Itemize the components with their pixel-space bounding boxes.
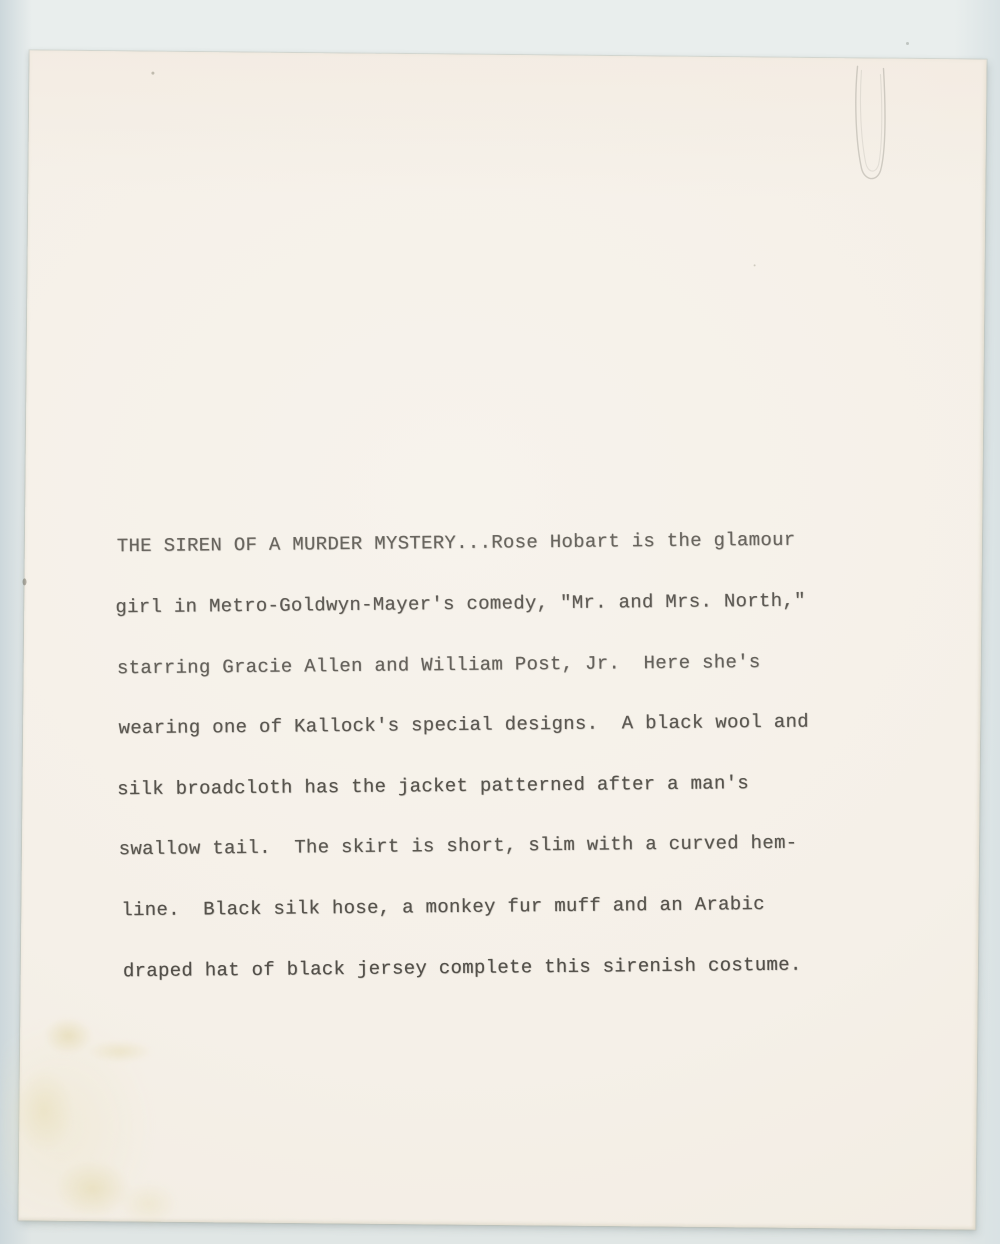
paperclip-impression — [846, 64, 899, 198]
caption-line: girl in Metro-Goldwyn-Mayer's comedy, "M… — [115, 590, 839, 617]
dust-speck — [906, 42, 909, 45]
typewritten-caption: THE SIREN OF A MURDER MYSTERY...Rose Hob… — [114, 489, 843, 1021]
caption-line: line. Black silk hose, a monkey fur muff… — [121, 893, 842, 920]
paper-edge-nick — [23, 578, 27, 585]
caption-line: swallow tail. The skirt is short, slim w… — [119, 833, 842, 860]
caption-line: silk broadcloth has the jacket patterned… — [117, 772, 841, 799]
caption-line: wearing one of Kallock's special designs… — [118, 712, 840, 739]
photo-verso-paper: THE SIREN OF A MURDER MYSTERY...Rose Hob… — [18, 50, 986, 1229]
dust-speck — [754, 264, 756, 266]
caption-line: draped hat of black jersey complete this… — [123, 954, 843, 981]
caption-line: starring Gracie Allen and William Post, … — [117, 651, 840, 678]
dust-speck — [151, 72, 154, 75]
caption-line: THE SIREN OF A MURDER MYSTERY...Rose Hob… — [117, 530, 839, 557]
